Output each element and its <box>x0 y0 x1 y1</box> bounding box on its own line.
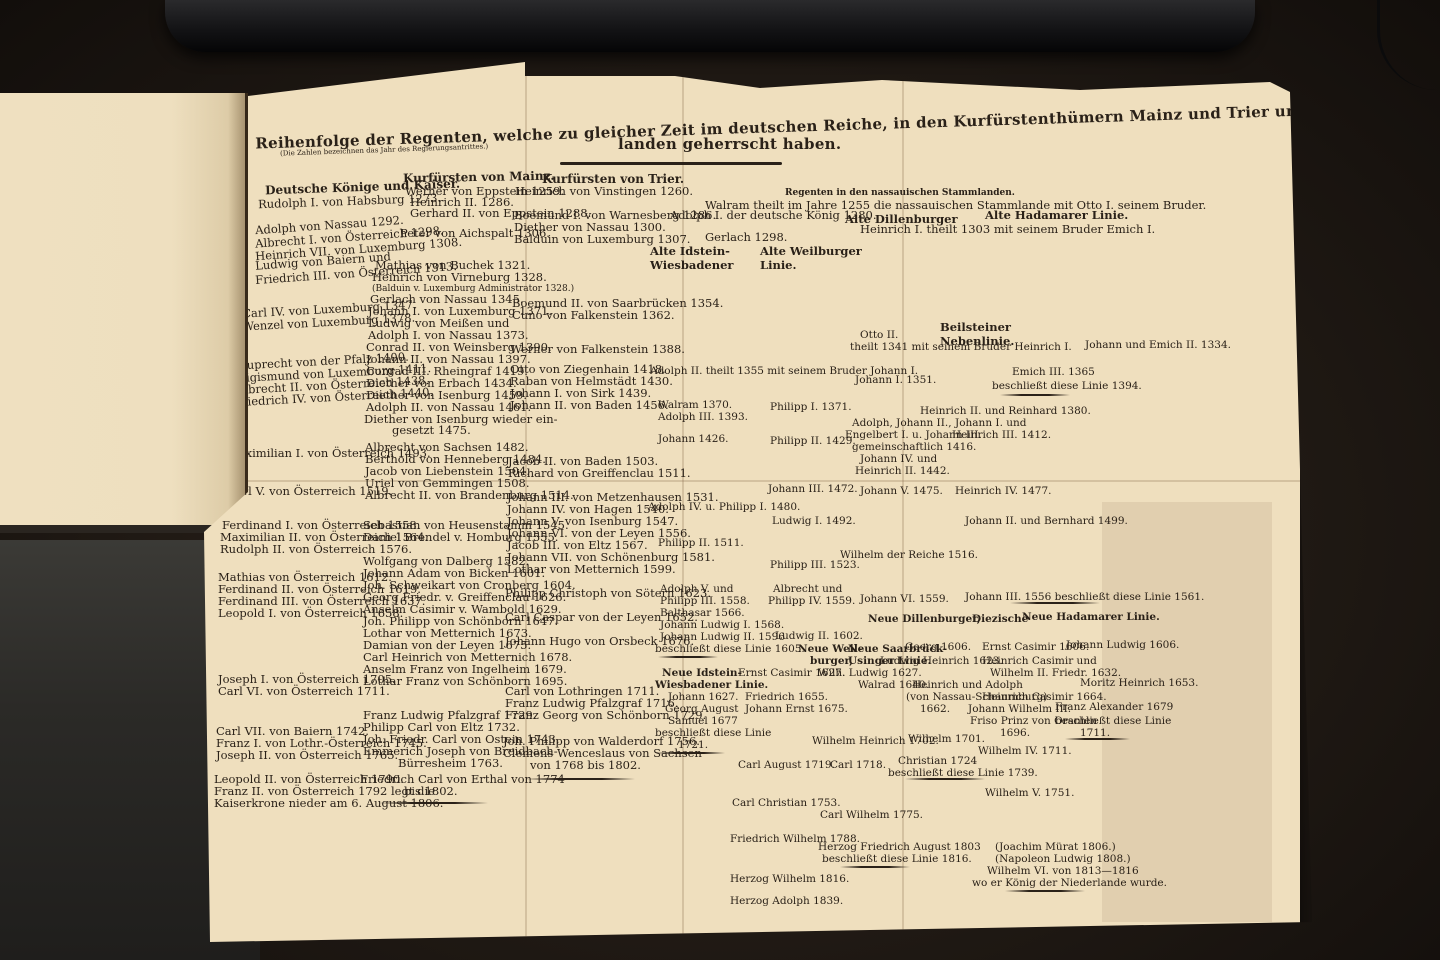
list-item: Johann II. von Baden 1456. <box>510 398 669 412</box>
list-item: Richard von Greiffenclau 1511. <box>508 466 691 480</box>
list-item: Johann 1426. <box>658 432 728 446</box>
line-header-alte-dillenburger: Alte Dillenburger <box>845 212 958 226</box>
list-item: Philipp II. 1511. <box>658 536 744 550</box>
list-item: theilt 1341 mit seinem Bruder Heinrich I… <box>850 340 1072 354</box>
end-flourish <box>655 752 725 754</box>
list-item: gesetzt 1475. <box>392 423 471 437</box>
column-heading-mainz: Kurfürsten von Mainz. <box>403 169 555 186</box>
list-item: Johann VI. 1559. <box>860 592 949 606</box>
list-item: 1662. <box>920 702 950 716</box>
list-item: Emich III. 1365 <box>1012 365 1095 379</box>
list-item: Ludwig I. 1492. <box>772 514 856 528</box>
list-item: Johann I. 1351. <box>855 373 936 387</box>
list-item: Adolph III. 1393. <box>658 410 748 424</box>
list-item: Carl 1718. <box>830 758 886 772</box>
list-item: 1696. <box>1000 726 1030 740</box>
list-item: Johann III. 1472. <box>768 482 858 496</box>
end-flourish <box>1000 394 1070 396</box>
nassau-gerlach: Gerlach 1298. <box>705 230 787 244</box>
list-item: Philipp II. 1429. <box>770 434 856 448</box>
list-item: Philipp IV. 1559. <box>768 594 855 608</box>
line-header: Neue Dillenburger, <box>868 612 981 626</box>
list-item: beschließt diese Linie <box>1055 714 1171 728</box>
list-item: 1721. <box>678 738 708 752</box>
list-item: Wilhelm V. 1751. <box>985 786 1074 800</box>
end-flourish <box>525 778 635 780</box>
list-item: Johann Ernst 1675. <box>745 702 848 716</box>
list-item: Philipp I. 1371. <box>770 400 852 414</box>
list-item: Philipp III. 1523. <box>770 558 860 572</box>
list-item: Johann und Emich II. 1334. <box>1085 338 1231 352</box>
list-item: bis 1802. <box>404 784 458 798</box>
list-item: wo er König der Niederlande wurde. <box>972 876 1167 890</box>
list-item: Heinrich II. 1442. <box>855 464 950 478</box>
list-item: Cuno von Falkenstein 1362. <box>512 308 675 322</box>
list-item: Werner von Falkenstein 1388. <box>510 342 685 356</box>
end-flourish <box>1010 602 1100 604</box>
book-spine <box>228 93 248 533</box>
list-item: beschließt diese Linie 1605. <box>655 642 805 656</box>
list-item: Heinrich IV. 1477. <box>955 484 1051 498</box>
end-flourish <box>378 802 488 804</box>
list-item: Moritz Heinrich 1653. <box>1080 676 1198 690</box>
list-item: Johann V. 1475. <box>860 484 943 498</box>
end-flourish <box>1065 738 1130 740</box>
keyboard <box>165 0 1255 52</box>
line-header-alte-weilburger: Alte Weilburger Linie. <box>760 244 880 272</box>
line-header-alte-hadamarer: Alte Hadamarer Linie. <box>985 208 1128 222</box>
list-item: Lothar von Metternich 1599. <box>507 562 676 576</box>
line-header: Diezische <box>972 612 1028 626</box>
list-item: Johann Ludwig 1606. <box>1066 638 1179 652</box>
book-blank-page <box>0 93 245 533</box>
line-header: Neue Hadamarer Linie. <box>1022 610 1160 624</box>
end-flourish <box>1005 890 1085 892</box>
list-item: Johann II. und Bernhard 1499. <box>965 514 1128 528</box>
list-item: Heinrich von Vinstingen 1260. <box>515 184 693 198</box>
list-item: Herzog Wilhelm 1816. <box>730 872 849 886</box>
line-header: Wiesbadener Linie. <box>655 678 768 692</box>
title-rule <box>560 162 782 165</box>
list-item: beschließt diese Linie 1394. <box>992 379 1142 393</box>
list-item: Carl August 1719. <box>738 758 835 772</box>
list-item: Carl Wilhelm 1775. <box>820 808 923 822</box>
line-header: burger, <box>810 654 853 668</box>
line-header: Usinger Linie. <box>848 654 931 668</box>
list-item: Franz Alexander 1679 <box>1055 700 1173 714</box>
end-flourish <box>840 866 910 868</box>
end-flourish <box>658 656 718 658</box>
list-item: von 1768 bis 1802. <box>530 758 641 772</box>
list-item: beschließt diese Linie 1816. <box>822 852 972 866</box>
page-title-continued: landen geherrscht haben. <box>618 135 841 153</box>
list-item: beschließt diese Linie <box>655 726 771 740</box>
list-item: Wilhelm 1701. <box>908 732 985 746</box>
list-item: Ludwig II. 1602. <box>775 629 863 643</box>
list-item: Bürresheim 1763. <box>398 756 503 770</box>
genealogy-foldout-sheet: Reihenfolge der Regenten, welche zu glei… <box>200 62 1300 942</box>
list-item: Herzog Adolph 1839. <box>730 894 843 908</box>
list-item: Wilhelm der Reiche 1516. <box>840 548 978 562</box>
end-flourish <box>905 778 985 780</box>
list-item: Wilhelm IV. 1711. <box>978 744 1072 758</box>
list-item: Adolph IV. u. Philipp I. 1480. <box>648 500 800 514</box>
